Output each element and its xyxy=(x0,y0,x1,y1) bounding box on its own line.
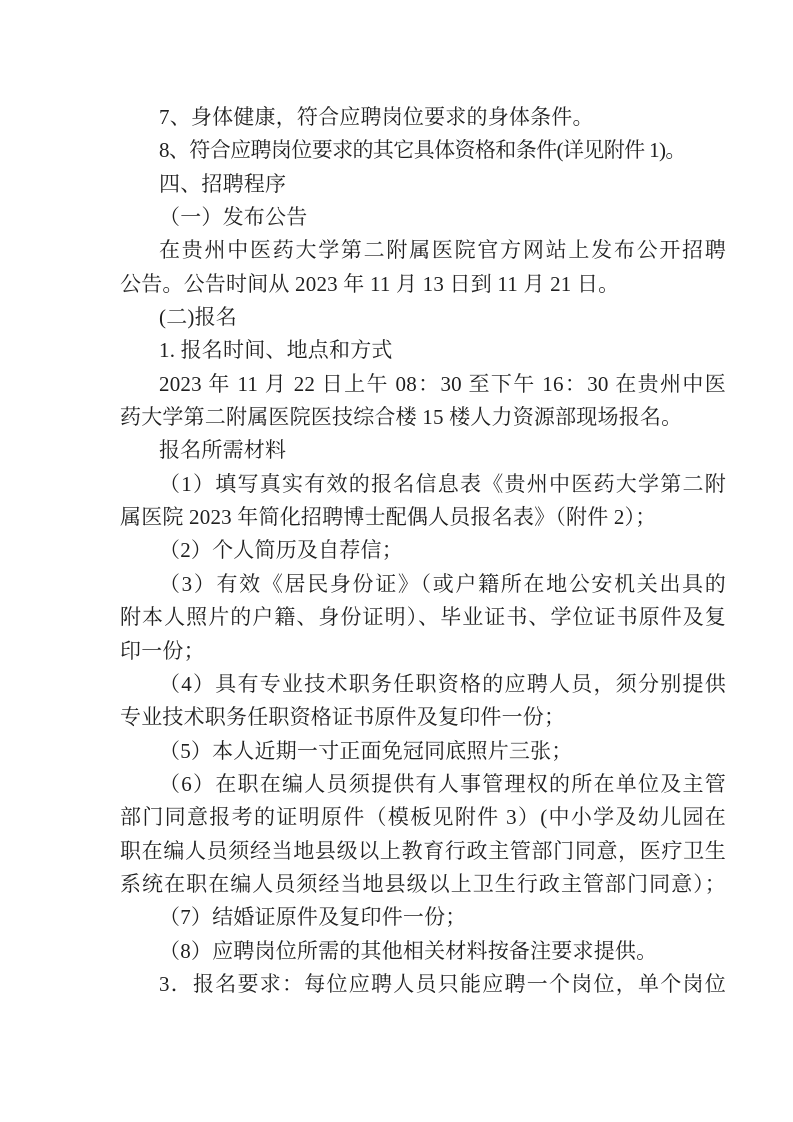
document-line: 1. 报名时间、地点和方式 xyxy=(120,334,726,367)
document-line: 在贵州中医药大学第二附属医院官方网站上发布公开招聘 xyxy=(120,234,726,267)
document-line section-heading: 四、招聘程序 xyxy=(120,168,726,201)
document-line: 系统在职在编人员须经当地县级以上卫生行政主管部门同意）； xyxy=(120,868,726,901)
document-line: 印一份； xyxy=(120,635,726,668)
document-line subsection-heading: （一）发布公告 xyxy=(120,201,726,234)
document-line: （4）具有专业技术职务任职资格的应聘人员，须分别提供 xyxy=(120,668,726,701)
document-line: （3）有效《居民身份证》（或户籍所在地公安机关出具的 xyxy=(120,568,726,601)
document-line subsection-heading: (二)报名 xyxy=(120,301,726,334)
document-page: 7、身体健康，符合应聘岗位要求的身体条件。 8、符合应聘岗位要求的其它具体资格和… xyxy=(0,0,793,1122)
document-line: 药大学第二附属医院医技综合楼 15 楼人力资源部现场报名。 xyxy=(120,401,726,434)
document-text-block: 7、身体健康，符合应聘岗位要求的身体条件。 8、符合应聘岗位要求的其它具体资格和… xyxy=(120,101,726,1001)
document-line: 7、身体健康，符合应聘岗位要求的身体条件。 xyxy=(120,101,726,134)
document-line: 报名所需材料 xyxy=(120,434,726,467)
document-line: 职在编人员须经当地县级以上教育行政主管部门同意，医疗卫生 xyxy=(120,835,726,868)
document-line: 部门同意报考的证明原件（模板见附件 3）(中小学及幼儿园在 xyxy=(120,801,726,834)
document-line: 专业技术职务任职资格证书原件及复印件一份； xyxy=(120,701,726,734)
document-line: 公告。公告时间从 2023 年 11 月 13 日到 11 月 21 日。 xyxy=(120,268,726,301)
document-line: （6）在职在编人员须提供有人事管理权的所在单位及主管 xyxy=(120,768,726,801)
document-line: 3．报名要求：每位应聘人员只能应聘一个岗位，单个岗位 xyxy=(120,968,726,1001)
document-line: 8、符合应聘岗位要求的其它具体资格和条件(详见附件 1)。 xyxy=(120,134,726,167)
document-line: （8）应聘岗位所需的其他相关材料按备注要求提供。 xyxy=(120,935,726,968)
document-line: 附本人照片的户籍、身份证明）、毕业证书、学位证书原件及复 xyxy=(120,601,726,634)
document-line: （2）个人简历及自荐信； xyxy=(120,534,726,567)
document-line: 属医院 2023 年简化招聘博士配偶人员报名表》（附件 2）； xyxy=(120,501,726,534)
document-line: （7）结婚证原件及复印件一份； xyxy=(120,901,726,934)
document-line: （1）填写真实有效的报名信息表《贵州中医药大学第二附 xyxy=(120,468,726,501)
document-line: 2023 年 11 月 22 日上午 08：30 至下午 16：30 在贵州中医 xyxy=(120,368,726,401)
document-line: （5）本人近期一寸正面免冠同底照片三张； xyxy=(120,735,726,768)
